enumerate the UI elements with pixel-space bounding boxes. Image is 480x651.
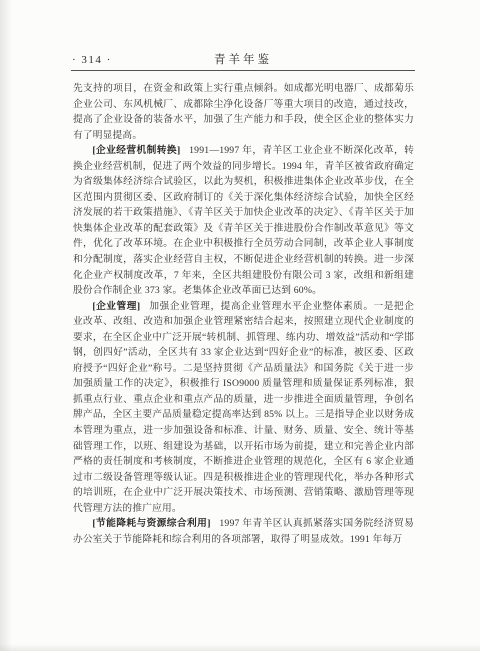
paragraph-energy-saving: [节能降耗与资源综合利用]1997 年青羊区认真抓紧落实国务院经济贸易办公室关于… <box>73 516 414 547</box>
paragraph-text: 加强企业管理，提高企业管理水平企业整体素质。一是把企业改革、改组、改造和加强企业… <box>73 301 414 514</box>
paragraph-opening-continued: 先支持的项目，在资金和政策上实行重点倾斜。如成都光明电器厂、成都菊乐企业公司、东… <box>73 81 414 143</box>
section-heading-enterprise-mechanism: [企业经营机制转换] <box>92 145 180 156</box>
section-heading-energy-saving: [节能降耗与资源综合利用] <box>92 518 210 529</box>
paragraph-enterprise-management: [企业管理]加强企业管理，提高企业管理水平企业整体素质。一是把企业改革、改组、改… <box>73 299 414 517</box>
section-heading-enterprise-management: [企业管理] <box>92 301 140 312</box>
page-scan: · 314 · 青羊年鉴 先支持的项目，在资金和政策上实行重点倾斜。如成都光明电… <box>0 0 480 651</box>
scan-edge-bottom <box>0 644 480 651</box>
page-header: · 314 · 青羊年鉴 <box>0 0 480 67</box>
page-body: 先支持的项目，在资金和政策上实行重点倾斜。如成都光明电器厂、成都菊乐企业公司、东… <box>0 71 480 547</box>
paragraph-text: 先支持的项目，在资金和政策上实行重点倾斜。如成都光明电器厂、成都菊乐企业公司、东… <box>73 83 414 141</box>
paragraph-enterprise-mechanism: [企业经营机制转换]1991—1997 年，青羊区工业企业不断深化改革，转换企业… <box>73 143 414 298</box>
paragraph-text: 1991—1997 年，青羊区工业企业不断深化改革，转换企业经营机制，促进了两个… <box>73 145 414 296</box>
page-number: · 314 · <box>72 54 134 66</box>
book-title: 青羊年鉴 <box>134 51 352 67</box>
